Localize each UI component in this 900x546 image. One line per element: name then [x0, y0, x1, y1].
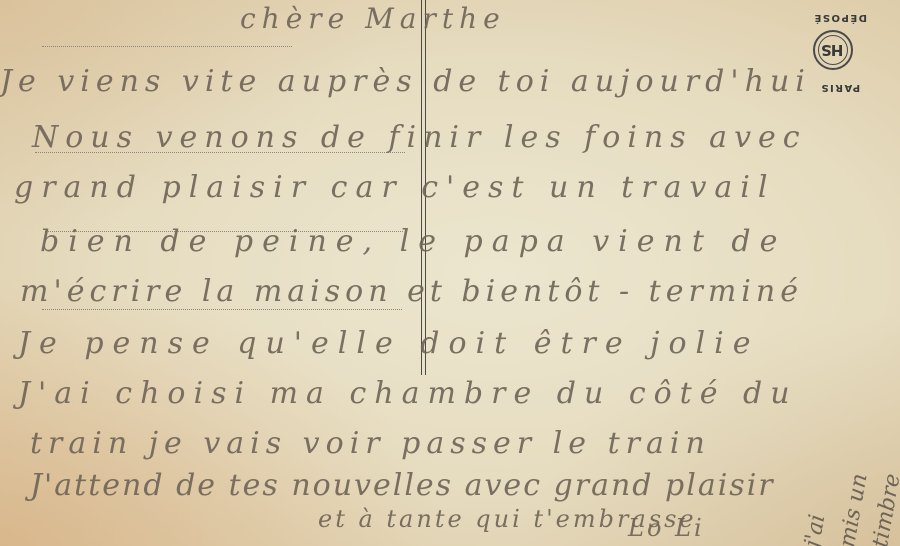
- margin-note-line: mis un: [835, 472, 873, 546]
- greeting: chère Marthe: [240, 2, 506, 35]
- letter-line: Nous venons de finir les foins avec: [32, 120, 807, 155]
- letter-line: J'ai choisi ma chambre du côté du: [18, 376, 798, 411]
- address-dotted-line: [42, 46, 292, 47]
- letter-line: grand plaisir car c'est un travail: [14, 170, 775, 205]
- letter-line: bien de peine, le papa vient de: [40, 224, 786, 259]
- stamp-monogram: HS: [822, 41, 843, 59]
- address-dotted-line: [42, 309, 402, 310]
- letter-line: J'attend de tes nouvelles avec grand pla…: [30, 468, 775, 503]
- publisher-logo-icon: HS: [813, 30, 853, 70]
- letter-line: m'écrire la maison et bientôt - terminé: [20, 274, 803, 309]
- stamp-top-text: DÉPOSÉ: [795, 12, 885, 23]
- letter-line: Je pense qu'elle doit être jolie: [18, 326, 760, 361]
- letter-line: train je vais voir passer le train: [30, 426, 711, 461]
- margin-note-line: j'ai: [800, 512, 830, 546]
- margin-note-line: timbre: [868, 472, 900, 546]
- signature: Lo Li: [628, 514, 705, 542]
- letter-line: Je viens vite auprès de toi aujourd'hui: [0, 64, 811, 99]
- postcard: DÉPOSÉ HS PARIS chère Marthe Je viens vi…: [0, 0, 900, 546]
